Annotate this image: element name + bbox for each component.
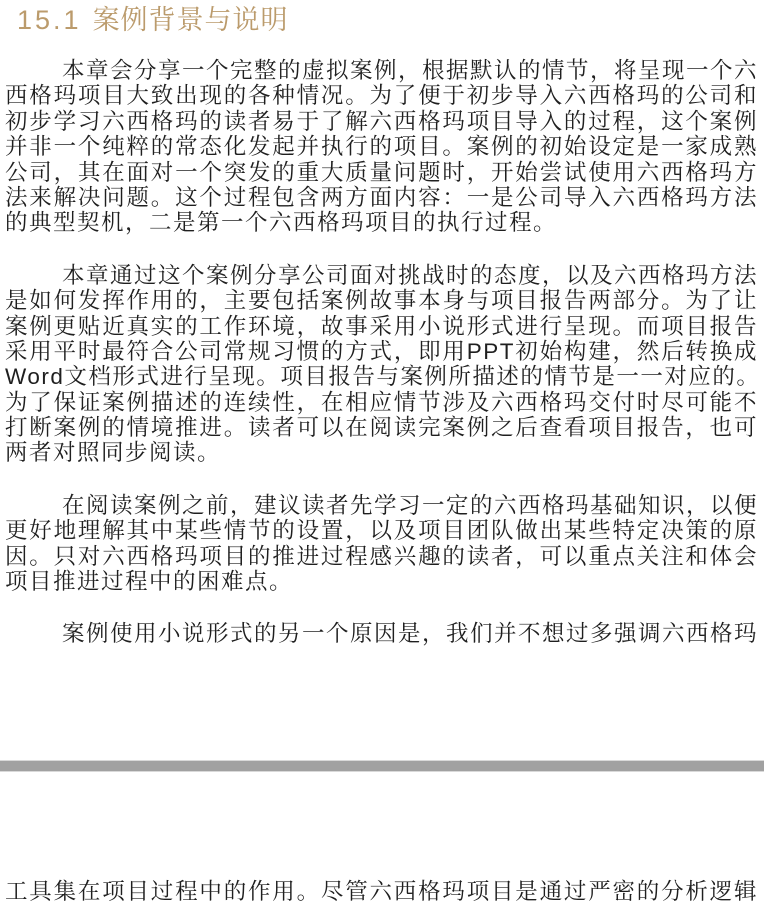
page-break-divider <box>0 760 764 772</box>
document-body-next-page: 工具集在项目过程中的作用。尽管六西格玛项目是通过严密的分析逻辑 <box>5 879 758 904</box>
text-line: 更好地理解其中某些情节的设置，以及项目团队做出某些特定决策的原 <box>5 518 758 543</box>
section-heading: 15.1案例背景与说明 <box>17 4 764 36</box>
text-line: 在阅读案例之前，建议读者先学习一定的六西格玛基础知识，以便 <box>5 493 758 518</box>
text-line: 为了保证案例描述的连续性，在相应情节涉及六西格玛交付时尽可能不 <box>5 390 758 415</box>
text-line: 案例使用小说形式的另一个原因是，我们并不想过多强调六西格玛 <box>5 621 758 646</box>
text-line: 西格玛项目大致出现的各种情况。为了便于初步导入六西格玛的公司和 <box>5 83 758 108</box>
text-line: 两者对照同步阅读。 <box>5 440 758 465</box>
text-line: 采用平时最符合公司常规习惯的方式，即用PPT初始构建，然后转换成 <box>5 339 758 364</box>
section-title: 案例背景与说明 <box>93 5 289 35</box>
text-line: 打断案例的情境推进。读者可以在阅读完案例之后查看项目报告，也可 <box>5 415 758 440</box>
paragraph: 工具集在项目过程中的作用。尽管六西格玛项目是通过严密的分析逻辑 <box>5 879 758 904</box>
text-line: 的典型契机，二是第一个六西格玛项目的执行过程。 <box>5 210 758 235</box>
section-number: 15.1 <box>17 5 82 35</box>
text-line: 初步学习六西格玛的读者易于了解六西格玛项目导入的过程，这个案例 <box>5 109 758 134</box>
text-line: 因。只对六西格玛项目的推进过程感兴趣的读者，可以重点关注和体会 <box>5 544 758 569</box>
text-line: 案例更贴近真实的工作环境，故事采用小说形式进行呈现。而项目报告 <box>5 314 758 339</box>
text-line: 本章通过这个案例分享公司面对挑战时的态度，以及六西格玛方法 <box>5 263 758 288</box>
text-line: 本章会分享一个完整的虚拟案例，根据默认的情节，将呈现一个六 <box>5 58 758 83</box>
text-line: 公司，其在面对一个突发的重大质量问题时，开始尝试使用六西格玛方 <box>5 160 758 185</box>
paragraph: 本章会分享一个完整的虚拟案例，根据默认的情节，将呈现一个六 西格玛项目大致出现的… <box>5 58 758 236</box>
document-page: 15.1案例背景与说明 本章会分享一个完整的虚拟案例，根据默认的情节，将呈现一个… <box>0 0 764 906</box>
paragraph: 案例使用小说形式的另一个原因是，我们并不想过多强调六西格玛 <box>5 621 758 646</box>
paragraph: 在阅读案例之前，建议读者先学习一定的六西格玛基础知识，以便 更好地理解其中某些情… <box>5 493 758 595</box>
paragraph: 本章通过这个案例分享公司面对挑战时的态度，以及六西格玛方法 是如何发挥作用的，主… <box>5 263 758 466</box>
text-line: Word文档形式进行呈现。项目报告与案例所描述的情节是一一对应的。 <box>5 364 758 389</box>
text-line: 法来解决问题。这个过程包含两方面内容：一是公司导入六西格玛方法 <box>5 185 758 210</box>
text-line: 并非一个纯粹的常态化发起并执行的项目。案例的初始设定是一家成熟 <box>5 134 758 159</box>
document-body: 本章会分享一个完整的虚拟案例，根据默认的情节，将呈现一个六 西格玛项目大致出现的… <box>5 58 758 647</box>
text-line: 工具集在项目过程中的作用。尽管六西格玛项目是通过严密的分析逻辑 <box>5 879 758 904</box>
text-line: 项目推进过程中的困难点。 <box>5 569 758 594</box>
text-line: 是如何发挥作用的，主要包括案例故事本身与项目报告两部分。为了让 <box>5 288 758 313</box>
